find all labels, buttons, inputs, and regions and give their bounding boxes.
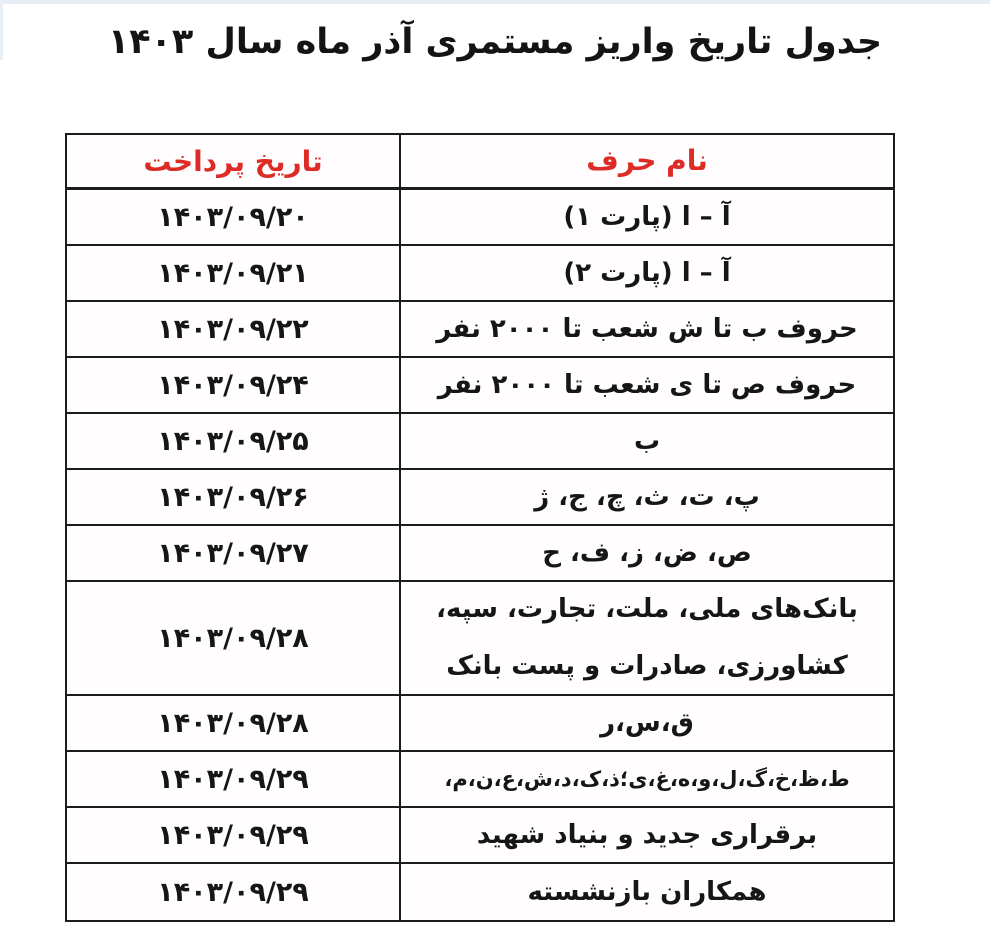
- table-row: ۱۴۰۳/۰۹/۲۵ ب: [67, 414, 893, 470]
- table-row: ۱۴۰۳/۰۹/۲۹ همکاران بازنشسته: [67, 864, 893, 920]
- table-row: ۱۴۰۳/۰۹/۲۴ حروف ص تا ی شعب تا ۲۰۰۰ نفر: [67, 358, 893, 414]
- payment-date-column-header: تاریخ پرداخت: [67, 135, 399, 187]
- payment-date-cell: ۱۴۰۳/۰۹/۲۸: [67, 582, 399, 694]
- letter-name-cell: ط،ظ،خ،گ،ل،و،ه،غ،ی؛ذ،ک،د،ش،ع،ن،م،: [399, 752, 893, 806]
- page-title: جدول تاریخ واریز مستمری آذر ماه سال ۱۴۰۳: [0, 22, 990, 62]
- payment-date-cell: ۱۴۰۳/۰۹/۲۱: [67, 246, 399, 300]
- payment-date-cell: ۱۴۰۳/۰۹/۲۰: [67, 190, 399, 244]
- payment-date-cell: ۱۴۰۳/۰۹/۲۲: [67, 302, 399, 356]
- letter-name-cell: آ – ا (پارت ۲): [399, 246, 893, 300]
- table-row: ۱۴۰۳/۰۹/۲۹ ط،ظ،خ،گ،ل،و،ه،غ،ی؛ذ،ک،د،ش،ع،ن…: [67, 752, 893, 808]
- letter-name-cell: برقراری جدید و بنیاد شهید: [399, 808, 893, 862]
- letter-name-column-header: نام حرف: [399, 135, 893, 187]
- payment-date-cell: ۱۴۰۳/۰۹/۲۹: [67, 752, 399, 806]
- letter-name-cell: ص، ض، ز، ف، ح: [399, 526, 893, 580]
- letter-name-cell: ب: [399, 414, 893, 468]
- table-row: ۱۴۰۳/۰۹/۲۲ حروف ب تا ش شعب تا ۲۰۰۰ نفر: [67, 302, 893, 358]
- table-row: ۱۴۰۳/۰۹/۲۸ ق،س،ر: [67, 696, 893, 752]
- payment-date-cell: ۱۴۰۳/۰۹/۲۶: [67, 470, 399, 524]
- payment-date-cell: ۱۴۰۳/۰۹/۲۹: [67, 864, 399, 920]
- window-top-edge-strip: [0, 0, 990, 4]
- payment-schedule-table: تاریخ پرداخت نام حرف ۱۴۰۳/۰۹/۲۰ آ – ا (پ…: [65, 133, 895, 922]
- table-row: ۱۴۰۳/۰۹/۲۰ آ – ا (پارت ۱): [67, 190, 893, 246]
- payment-date-cell: ۱۴۰۳/۰۹/۲۵: [67, 414, 399, 468]
- letter-name-cell: ق،س،ر: [399, 696, 893, 750]
- payment-date-cell: ۱۴۰۳/۰۹/۲۴: [67, 358, 399, 412]
- table-row: ۱۴۰۳/۰۹/۲۶ پ، ت، ث، چ، ج، ژ: [67, 470, 893, 526]
- letter-name-cell: حروف ص تا ی شعب تا ۲۰۰۰ نفر: [399, 358, 893, 412]
- table-row: ۱۴۰۳/۰۹/۲۸ بانک‌های ملی، ملت، تجارت، سپه…: [67, 582, 893, 696]
- table-row: ۱۴۰۳/۰۹/۲۹ برقراری جدید و بنیاد شهید: [67, 808, 893, 864]
- letter-name-cell: آ – ا (پارت ۱): [399, 190, 893, 244]
- table-row: ۱۴۰۳/۰۹/۲۱ آ – ا (پارت ۲): [67, 246, 893, 302]
- table-header-row: تاریخ پرداخت نام حرف: [67, 135, 893, 190]
- letter-name-cell: بانک‌های ملی، ملت، تجارت، سپه، کشاورزی، …: [399, 582, 893, 694]
- payment-date-cell: ۱۴۰۳/۰۹/۲۹: [67, 808, 399, 862]
- table-row: ۱۴۰۳/۰۹/۲۷ ص، ض، ز، ف، ح: [67, 526, 893, 582]
- letter-name-cell: پ، ت، ث، چ، ج، ژ: [399, 470, 893, 524]
- letter-name-cell: حروف ب تا ش شعب تا ۲۰۰۰ نفر: [399, 302, 893, 356]
- payment-date-cell: ۱۴۰۳/۰۹/۲۸: [67, 696, 399, 750]
- payment-date-cell: ۱۴۰۳/۰۹/۲۷: [67, 526, 399, 580]
- letter-name-cell: همکاران بازنشسته: [399, 864, 893, 920]
